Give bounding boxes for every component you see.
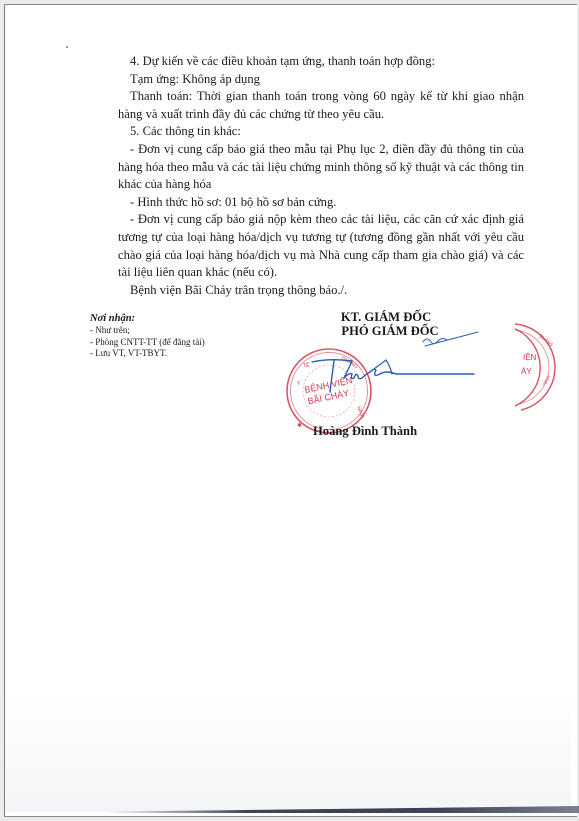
partial-stamp-line2: ÁY bbox=[521, 367, 532, 376]
supporting-documents: - Đơn vị cung cấp báo giá nộp kèm theo c… bbox=[118, 211, 524, 281]
signature-ink bbox=[300, 330, 490, 400]
document-body: 4. Dự kiến về các điều khoản tạm ứng, th… bbox=[118, 53, 524, 299]
signer-name: Hoàng Đình Thành bbox=[313, 424, 417, 439]
section-4-heading: 4. Dự kiến về các điều khoản tạm ứng, th… bbox=[118, 53, 524, 71]
recipients-title: Nơi nhận: bbox=[90, 313, 205, 325]
recipient-item: - Như trên; bbox=[90, 325, 205, 337]
section-5-heading: 5. Các thông tin khác: bbox=[118, 123, 524, 141]
partial-stamp-line1: IỆN bbox=[523, 353, 537, 362]
scan-artifact bbox=[66, 46, 68, 48]
signature-title-1: KT. GIÁM ĐỐC bbox=[282, 310, 490, 324]
partial-stamp: IỆN ÁY QUẢNG NINH bbox=[515, 322, 565, 412]
closing-statement: Bệnh viện Bãi Cháy trân trọng thông báo.… bbox=[118, 282, 524, 300]
recipients-block: Nơi nhận: - Như trên; - Phòng CNTT-TT (đ… bbox=[90, 313, 205, 360]
svg-text:NINH: NINH bbox=[542, 374, 552, 386]
recipient-item: - Lưu VT, VT-TBYT. bbox=[90, 348, 205, 360]
svg-text:QUẢNG: QUẢNG bbox=[538, 332, 555, 348]
advance-payment: Tạm ứng: Không áp dụng bbox=[118, 71, 524, 89]
recipient-item: - Phòng CNTT-TT (để đăng tải) bbox=[90, 337, 205, 349]
quote-form-requirement: - Đơn vị cung cấp báo giá theo mẫu tại P… bbox=[118, 141, 524, 194]
dossier-format: - Hình thức hồ sơ: 01 bộ hồ sơ bản cứng. bbox=[118, 194, 524, 212]
payment-terms: Thanh toán: Thời gian thanh toán trong v… bbox=[118, 88, 524, 123]
svg-text:✱: ✱ bbox=[297, 422, 302, 429]
